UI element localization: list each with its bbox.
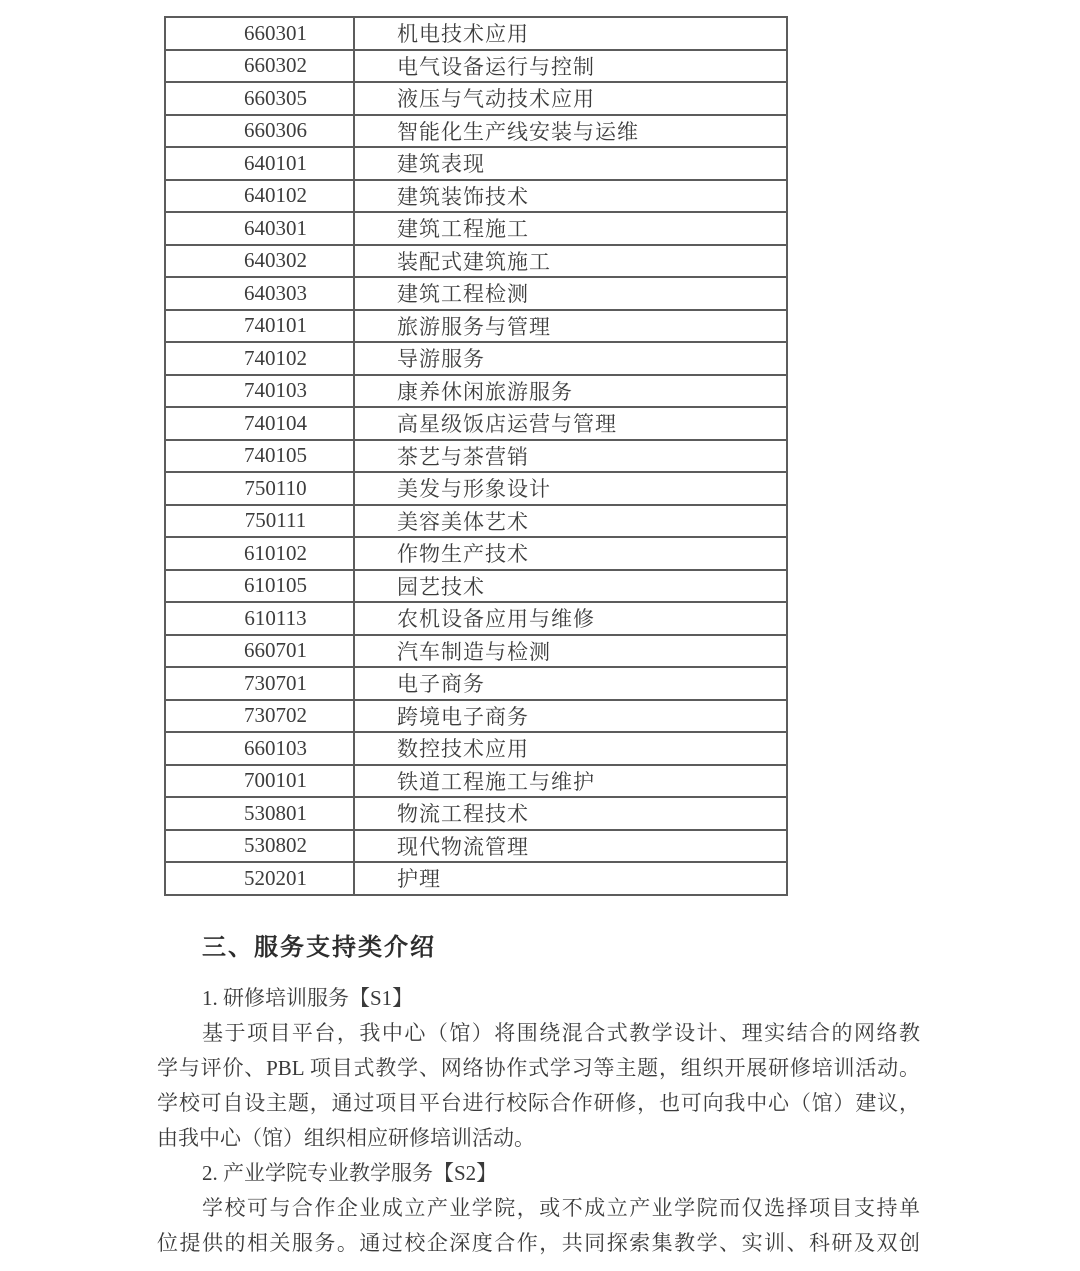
table-row: 750111美容美体艺术 [165, 505, 787, 538]
table-row: 740103康养休闲旅游服务 [165, 375, 787, 408]
table-row: 740104高星级饭店运营与管理 [165, 407, 787, 440]
course-code-cell: 660301 [165, 17, 354, 50]
table-row: 660301机电技术应用 [165, 17, 787, 50]
course-code-cell: 660302 [165, 50, 354, 83]
course-name-cell: 智能化生产线安装与运维 [354, 115, 787, 148]
course-code-cell: 660701 [165, 635, 354, 668]
table-row: 640301建筑工程施工 [165, 212, 787, 245]
table-row: 660302电气设备运行与控制 [165, 50, 787, 83]
course-code-cell: 640302 [165, 245, 354, 278]
course-name-cell: 液压与气动技术应用 [354, 82, 787, 115]
course-name-cell: 旅游服务与管理 [354, 310, 787, 343]
table-row: 610102作物生产技术 [165, 537, 787, 570]
course-name-cell: 导游服务 [354, 342, 787, 375]
course-name-cell: 跨境电子商务 [354, 700, 787, 733]
course-code-cell: 530801 [165, 797, 354, 830]
course-name-cell: 茶艺与茶营销 [354, 440, 787, 473]
course-code-cell: 740105 [165, 440, 354, 473]
course-code-cell: 740101 [165, 310, 354, 343]
course-code-cell: 520201 [165, 862, 354, 895]
course-name-cell: 机电技术应用 [354, 17, 787, 50]
course-name-cell: 高星级饭店运营与管理 [354, 407, 787, 440]
course-code-cell: 730702 [165, 700, 354, 733]
course-code-cell: 640301 [165, 212, 354, 245]
table-row: 660305液压与气动技术应用 [165, 82, 787, 115]
paragraph-line: 学校可自设主题，通过项目平台进行校际合作研修，也可向我中心（馆）建议， [157, 1086, 920, 1121]
table-row: 740102导游服务 [165, 342, 787, 375]
course-code-cell: 610113 [165, 602, 354, 635]
course-name-cell: 建筑装饰技术 [354, 180, 787, 213]
course-code-cell: 640303 [165, 277, 354, 310]
course-code-cell: 530802 [165, 830, 354, 863]
table-row: 660103数控技术应用 [165, 732, 787, 765]
course-name-cell: 汽车制造与检测 [354, 635, 787, 668]
service-item-1-title: 1. 研修培训服务【S1】 [157, 981, 920, 1016]
document-page: 660301机电技术应用660302电气设备运行与控制660305液压与气动技术… [0, 0, 1080, 1271]
table-row: 530802现代物流管理 [165, 830, 787, 863]
table-row: 740101旅游服务与管理 [165, 310, 787, 343]
table-row: 730702跨境电子商务 [165, 700, 787, 733]
table-row: 660306智能化生产线安装与运维 [165, 115, 787, 148]
course-name-cell: 美发与形象设计 [354, 472, 787, 505]
course-code-cell: 640101 [165, 147, 354, 180]
course-name-cell: 作物生产技术 [354, 537, 787, 570]
table-row: 640303建筑工程检测 [165, 277, 787, 310]
paragraph-line: 基于项目平台，我中心（馆）将围绕混合式教学设计、理实结合的网络教 [157, 1016, 920, 1051]
course-name-cell: 建筑工程检测 [354, 277, 787, 310]
course-code-cell: 660306 [165, 115, 354, 148]
course-name-cell: 园艺技术 [354, 570, 787, 603]
course-code-table: 660301机电技术应用660302电气设备运行与控制660305液压与气动技术… [164, 16, 788, 896]
section-heading: 三、服务支持类介绍 [202, 930, 436, 965]
course-code-cell: 610102 [165, 537, 354, 570]
course-code-cell: 740103 [165, 375, 354, 408]
course-name-cell: 护理 [354, 862, 787, 895]
body-text: 1. 研修培训服务【S1】 基于项目平台，我中心（馆）将围绕混合式教学设计、理实… [157, 981, 920, 1261]
course-name-cell: 康养休闲旅游服务 [354, 375, 787, 408]
course-name-cell: 电气设备运行与控制 [354, 50, 787, 83]
course-name-cell: 现代物流管理 [354, 830, 787, 863]
service-item-2-title: 2. 产业学院专业教学服务【S2】 [157, 1156, 920, 1191]
table-row: 530801物流工程技术 [165, 797, 787, 830]
course-name-cell: 农机设备应用与维修 [354, 602, 787, 635]
table-row: 520201护理 [165, 862, 787, 895]
course-code-cell: 660305 [165, 82, 354, 115]
course-name-cell: 电子商务 [354, 667, 787, 700]
table-row: 610113农机设备应用与维修 [165, 602, 787, 635]
course-code-cell: 740102 [165, 342, 354, 375]
paragraph-line: 学与评价、PBL 项目式教学、网络协作式学习等主题，组织开展研修培训活动。 [157, 1051, 920, 1086]
course-code-cell: 700101 [165, 765, 354, 798]
course-code-cell: 740104 [165, 407, 354, 440]
table-row: 640102建筑装饰技术 [165, 180, 787, 213]
table-row: 610105园艺技术 [165, 570, 787, 603]
table-row: 640101建筑表现 [165, 147, 787, 180]
table-row: 660701汽车制造与检测 [165, 635, 787, 668]
course-code-cell: 730701 [165, 667, 354, 700]
course-name-cell: 建筑工程施工 [354, 212, 787, 245]
table-row: 730701电子商务 [165, 667, 787, 700]
course-name-cell: 建筑表现 [354, 147, 787, 180]
course-code-cell: 640102 [165, 180, 354, 213]
course-code-cell: 750111 [165, 505, 354, 538]
course-name-cell: 铁道工程施工与维护 [354, 765, 787, 798]
paragraph-2: 学校可与合作企业成立产业学院，或不成立产业学院而仅选择项目支持单位提供的相关服务… [157, 1191, 920, 1261]
course-name-cell: 数控技术应用 [354, 732, 787, 765]
table-row: 750110美发与形象设计 [165, 472, 787, 505]
paragraph-1: 基于项目平台，我中心（馆）将围绕混合式教学设计、理实结合的网络教学与评价、PBL… [157, 1016, 920, 1156]
table-row: 700101铁道工程施工与维护 [165, 765, 787, 798]
course-code-cell: 750110 [165, 472, 354, 505]
table-row: 640302装配式建筑施工 [165, 245, 787, 278]
course-name-cell: 装配式建筑施工 [354, 245, 787, 278]
table-row: 740105茶艺与茶营销 [165, 440, 787, 473]
paragraph-line: 位提供的相关服务。通过校企深度合作，共同探索集教学、实训、科研及双创 [157, 1226, 920, 1261]
course-name-cell: 物流工程技术 [354, 797, 787, 830]
course-name-cell: 美容美体艺术 [354, 505, 787, 538]
paragraph-line: 由我中心（馆）组织相应研修培训活动。 [157, 1121, 920, 1156]
course-code-cell: 660103 [165, 732, 354, 765]
course-table-body: 660301机电技术应用660302电气设备运行与控制660305液压与气动技术… [165, 17, 787, 895]
course-code-cell: 610105 [165, 570, 354, 603]
paragraph-line: 学校可与合作企业成立产业学院，或不成立产业学院而仅选择项目支持单 [157, 1191, 920, 1226]
